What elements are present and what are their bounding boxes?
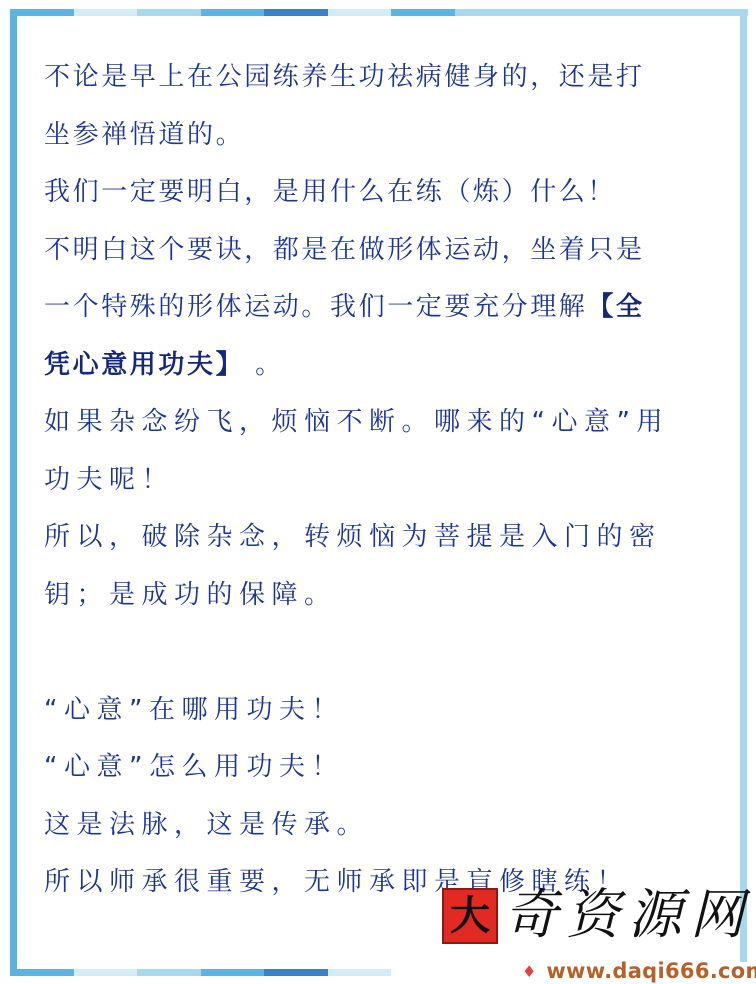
text-span: 。: [244, 350, 283, 380]
text-line: “心意”怎么用功夫！: [44, 739, 714, 797]
text-line: 坐参禅悟道的。: [44, 107, 714, 165]
text-line: 所以，破除杂念，转烦恼为菩提是入门的密: [44, 509, 714, 567]
border-segment: [74, 969, 138, 976]
text-line: “心意”在哪用功夫！: [44, 682, 714, 740]
blank-line: [44, 624, 714, 682]
border-segment: [391, 9, 455, 16]
border-segment: [137, 9, 201, 16]
border-segment: [455, 9, 518, 16]
border-segment: [137, 969, 201, 976]
border-segment: [264, 9, 328, 16]
border-segment: [518, 9, 748, 16]
emphasis-text: 【全: [587, 292, 644, 322]
frame-top-border: [10, 9, 747, 16]
diamond-icon: ♦: [522, 962, 536, 981]
text-line: 不论是早上在公园练养生功祛病健身的，还是打: [44, 49, 714, 107]
watermark-brand: 奇资源网: [504, 884, 752, 946]
border-segment: [328, 969, 392, 976]
border-segment: [328, 9, 392, 16]
frame-right-border: [740, 9, 747, 962]
seal-stamp-icon: 大: [442, 888, 498, 944]
text-line: 功夫呢！: [44, 452, 714, 510]
text-line: 钥；是成功的保障。: [44, 567, 714, 625]
border-segment: [10, 9, 74, 16]
watermark-url-row: ♦ www.daqi666.com: [522, 958, 756, 984]
text-line: 不明白这个要诀，都是在做形体运动，坐着只是: [44, 222, 714, 280]
emphasis-text: 凭心意用功夫】: [44, 350, 244, 380]
border-segment: [264, 969, 328, 976]
text-line: 这是法脉，这是传承。: [44, 797, 714, 855]
article-body: 不论是早上在公园练养生功祛病健身的，还是打 坐参禅悟道的。 我们一定要明白，是用…: [44, 49, 714, 912]
text-line: 我们一定要明白，是用什么在练（炼）什么！: [44, 164, 714, 222]
border-segment: [201, 9, 265, 16]
text-line: 一个特殊的形体运动。我们一定要充分理解【全: [44, 279, 714, 337]
frame-left-border: [10, 9, 17, 972]
border-segment: [74, 9, 138, 16]
watermark-logo: 大 奇资源网: [440, 882, 756, 948]
text-span: 一个特殊的形体运动。我们一定要充分理解: [44, 292, 587, 322]
text-line: 如果杂念纷飞，烦恼不断。哪来的“心意”用: [44, 394, 714, 452]
border-segment: [10, 969, 74, 976]
border-segment: [201, 969, 265, 976]
watermark-url: www.daqi666.com: [546, 959, 756, 983]
text-line: 凭心意用功夫】 。: [44, 337, 714, 395]
frame-bottom-border: [10, 969, 550, 976]
